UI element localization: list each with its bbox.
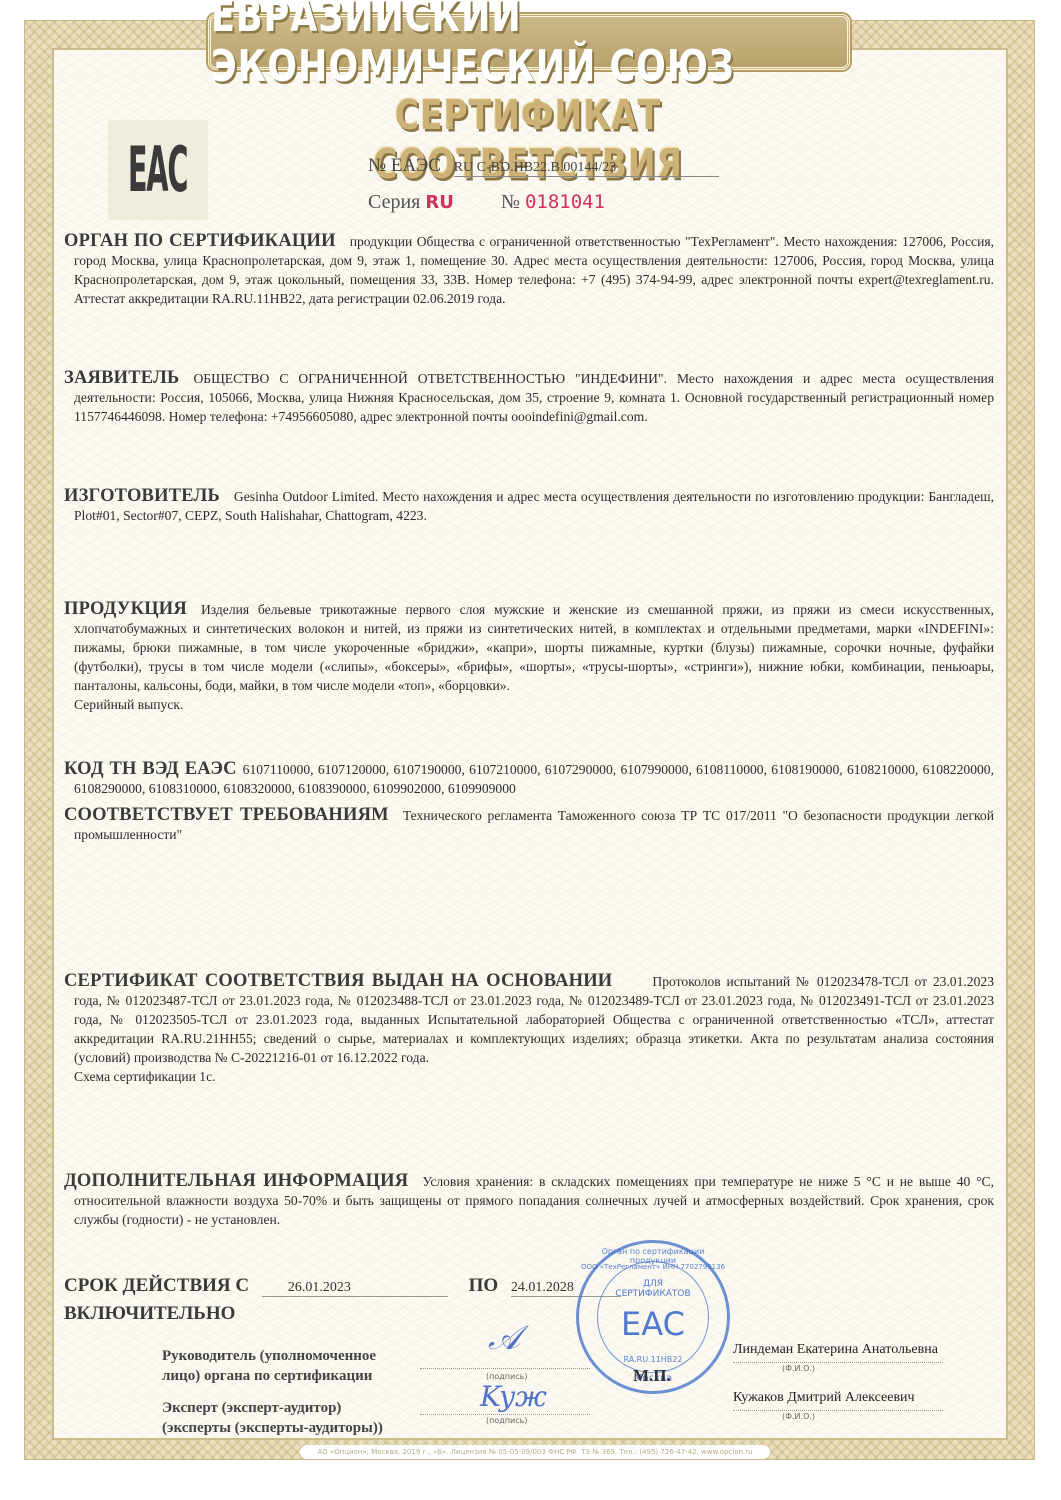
- section-heading: ЗАЯВИТЕЛЬ: [64, 368, 179, 388]
- section-requirements: СООТВЕТСТВУЕТ ТРЕБОВАНИЯМТехнического ре…: [74, 806, 994, 844]
- section-heading: СЕРТИФИКАТ СООТВЕТСТВИЯ ВЫДАН НА ОСНОВАН…: [64, 971, 612, 991]
- valid-from-label: СРОК ДЕЙСТВИЯ С: [64, 1275, 249, 1296]
- union-banner: ЕВРАЗИЙСКИЙ ЭКОНОМИЧЕСКИЙ СОЮЗ: [208, 14, 850, 70]
- valid-from-date: 26.01.2023: [262, 1280, 448, 1297]
- expert-name: Кужаков Дмитрий Алексеевич: [733, 1390, 915, 1406]
- expert-signature-icon: Kyж: [480, 1380, 547, 1413]
- series-value: RU: [425, 192, 453, 213]
- expert-signature-caption: (подпись): [486, 1416, 527, 1425]
- section-heading: СООТВЕТСТВУЕТ ТРЕБОВАНИЯМ: [64, 805, 389, 825]
- section-text: ОБЩЕСТВО С ОГРАНИЧЕННОЙ ОТВЕТСТВЕННОСТЬЮ…: [74, 371, 994, 424]
- valid-to-label: ПО: [469, 1275, 499, 1296]
- union-title: ЕВРАЗИЙСКИЙ ЭКОНОМИЧЕСКИЙ СОЮЗ: [211, 0, 847, 92]
- series-line: Серия RU № 0181041: [368, 191, 605, 214]
- section-heading: ОРГАН ПО СЕРТИФИКАЦИИ: [64, 231, 336, 251]
- certificate-number: № ЕАЭС RU C-BD.HB22.B.00144/23: [368, 155, 719, 177]
- series-label: Серия: [368, 191, 420, 213]
- section-heading: ИЗГОТОВИТЕЛЬ: [64, 486, 220, 506]
- eac-logo-icon: EAC: [108, 120, 208, 220]
- stamp-for-certificates: ДЛЯ СЕРТИФИКАТОВ: [579, 1279, 727, 1299]
- head-signature-icon: 𝒜: [488, 1318, 520, 1358]
- section-cert-body: ОРГАН ПО СЕРТИФИКАЦИИпродукции Общества …: [74, 232, 994, 308]
- stamp-accreditation: RA.RU.11HB22: [579, 1355, 727, 1364]
- certificate-number-label: № ЕАЭС: [368, 155, 441, 176]
- section-heading: ПРОДУКЦИЯ: [64, 599, 187, 619]
- section-additional: ДОПОЛНИТЕЛЬНАЯ ИНФОРМАЦИЯУсловия хранени…: [74, 1172, 994, 1229]
- section-applicant: ЗАЯВИТЕЛЬОБЩЕСТВО С ОГРАНИЧЕННОЙ ОТВЕТСТ…: [74, 369, 994, 426]
- head-label: Руководитель (уполномоченное лицо) орган…: [162, 1346, 376, 1386]
- blank-number-label: №: [501, 191, 520, 213]
- section-manufacturer: ИЗГОТОВИТЕЛЬGesinha Outdoor Limited. Мес…: [74, 487, 994, 525]
- certificate-number-value: RU C-BD.HB22.B.00144/23: [454, 160, 719, 177]
- certification-scheme: Схема сертификации 1с.: [74, 1067, 994, 1086]
- seal-mark: М.П.: [633, 1366, 671, 1386]
- section-tn-ved: КОД ТН ВЭД ЕАЭС6107110000, 6107120000, 6…: [74, 760, 994, 798]
- section-heading: ДОПОЛНИТЕЛЬНАЯ ИНФОРМАЦИЯ: [64, 1171, 408, 1191]
- stamp-eac: EAC: [579, 1305, 727, 1343]
- head-name: Линдеман Екатерина Анатольевна: [733, 1342, 938, 1358]
- blank-number-value: 0181041: [525, 191, 605, 213]
- head-name-caption: (Ф.И.О.): [782, 1364, 815, 1373]
- validity-period: СРОК ДЕЙСТВИЯ С 26.01.2023 ПО 24.01.2028…: [64, 1275, 621, 1325]
- expert-signature-line: [420, 1414, 590, 1415]
- section-heading: КОД ТН ВЭД ЕАЭС: [64, 759, 237, 779]
- section-basis: СЕРТИФИКАТ СООТВЕТСТВИЯ ВЫДАН НА ОСНОВАН…: [74, 972, 994, 1086]
- head-name-line: [733, 1362, 943, 1363]
- head-signature-line: [420, 1368, 590, 1369]
- serial-release: Серийный выпуск.: [74, 695, 994, 714]
- expert-name-caption: (Ф.И.О.): [782, 1412, 815, 1421]
- printer-imprint: АО «Опцион», Москва, 2019 г., «Б». Лицен…: [300, 1445, 770, 1459]
- expert-name-line: [733, 1410, 943, 1411]
- section-text: Изделия бельевые трикотажные первого сло…: [74, 602, 994, 693]
- inclusive-label: ВКЛЮЧИТЕЛЬНО: [64, 1303, 621, 1325]
- expert-label: Эксперт (эксперт-аудитор) (эксперты (экс…: [162, 1398, 383, 1438]
- stamp-inner-text: ООО «ТехРегламент» ИНН 7702799136: [579, 1263, 727, 1271]
- section-product: ПРОДУКЦИЯИзделия бельевые трикотажные пе…: [74, 600, 994, 714]
